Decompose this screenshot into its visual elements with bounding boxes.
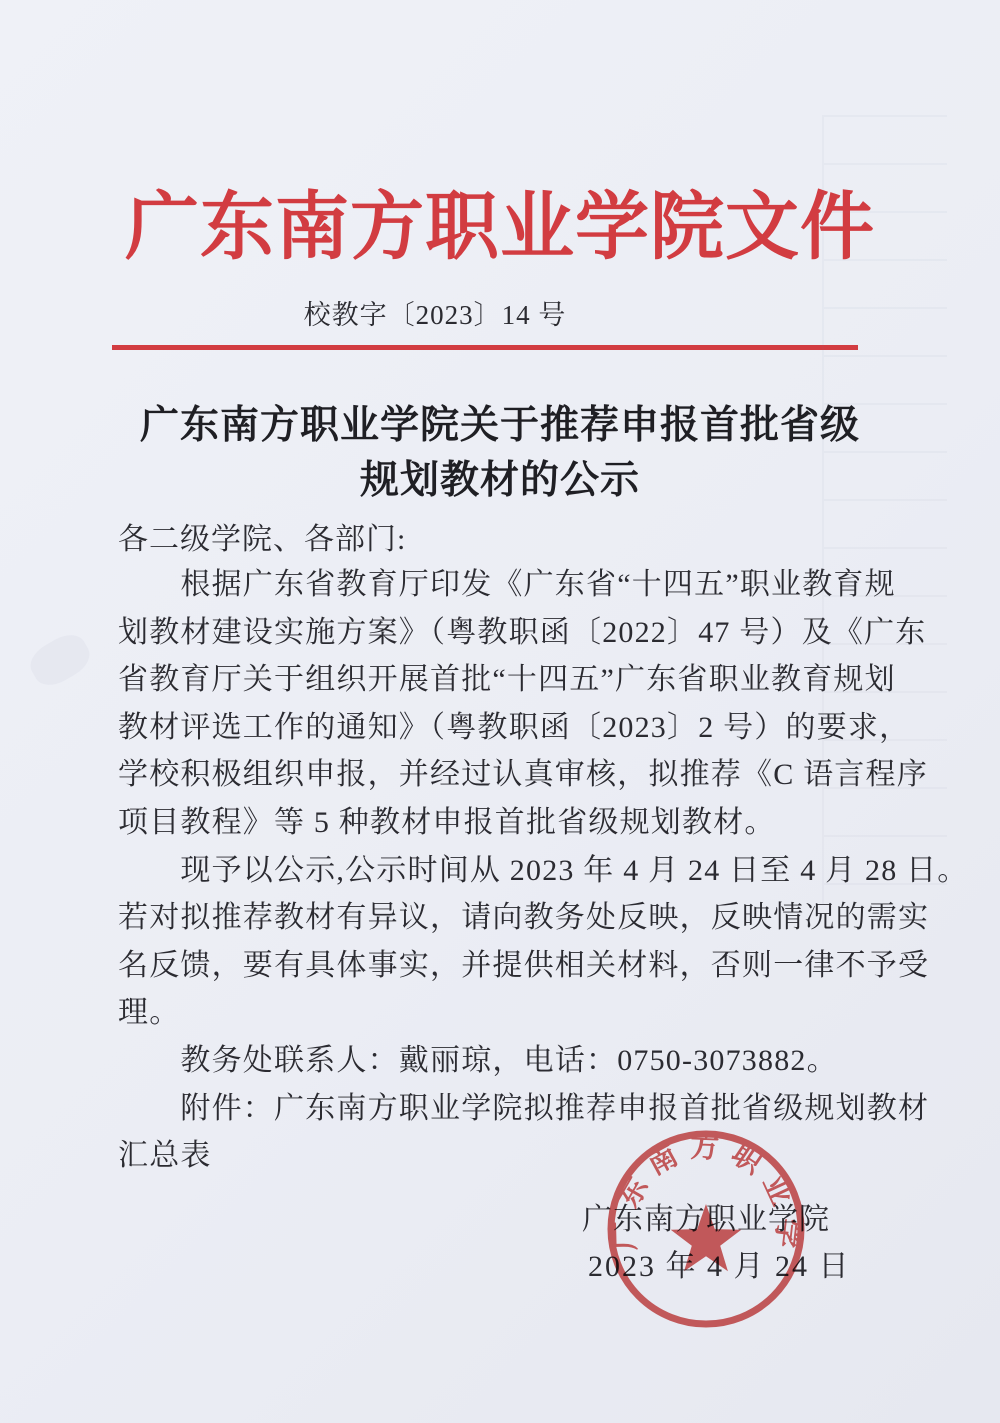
salutation: 各二级学院、各部门: [118,514,406,558]
body-line: 项目教程》等 5 种教材申报首批省级规划教材。 [118,799,868,847]
notice-title-line2: 规划教材的公示 [0,453,1000,508]
body-line: 学校积极组织申报，并经过认真审核，拟推荐《C 语言程序 [118,751,868,799]
notice-title: 广东南方职业学院关于推荐申报首批省级 规划教材的公示 [0,398,1000,508]
body-line: 理。 [118,989,868,1037]
body-line: 现予以公示,公示时间从 2023 年 4 月 24 日至 4 月 28 日。 [118,847,868,895]
body-line: 若对拟推荐教材有异议，请向教务处反映，反映情况的需实 [118,894,868,942]
body-line: 附件：广东南方职业学院拟推荐申报首批省级规划教材 [118,1085,868,1133]
notice-title-line1: 广东南方职业学院关于推荐申报首批省级 [0,398,1000,453]
red-divider-line [112,345,858,350]
body-line: 教务处联系人：戴丽琼，电话：0750-3073882。 [118,1037,868,1085]
red-header-org-title: 广东南方职业学院文件 [0,168,1000,274]
body-line: 划教材建设实施方案》（粤教职函〔2022〕47 号）及《广东 [118,609,868,657]
body-line: 教材评选工作的通知》（粤教职函〔2023〕2 号）的要求， [118,704,868,752]
body-line: 省教育厅关于组织开展首批“十四五”广东省职业教育规划 [118,656,868,704]
body-line: 根据广东省教育厅印发《广东省“十四五”职业教育规 [118,561,868,609]
seal-star [671,1204,742,1271]
document-page: 广东南方职业学院文件 校教字〔2023〕14 号 广东南方职业学院关于推荐申报首… [0,0,1000,1423]
paper-smudge-artifact [24,628,96,693]
body-paragraphs: 根据广东省教育厅印发《广东省“十四五”职业教育规划教材建设实施方案》（粤教职函〔… [118,561,868,1180]
official-seal: 广东南方职业学院 [603,1126,809,1332]
body-line: 名反馈，要有具体事实，并提供相关材料，否则一律不予受 [118,942,868,990]
document-number: 校教字〔2023〕14 号 [0,293,870,332]
